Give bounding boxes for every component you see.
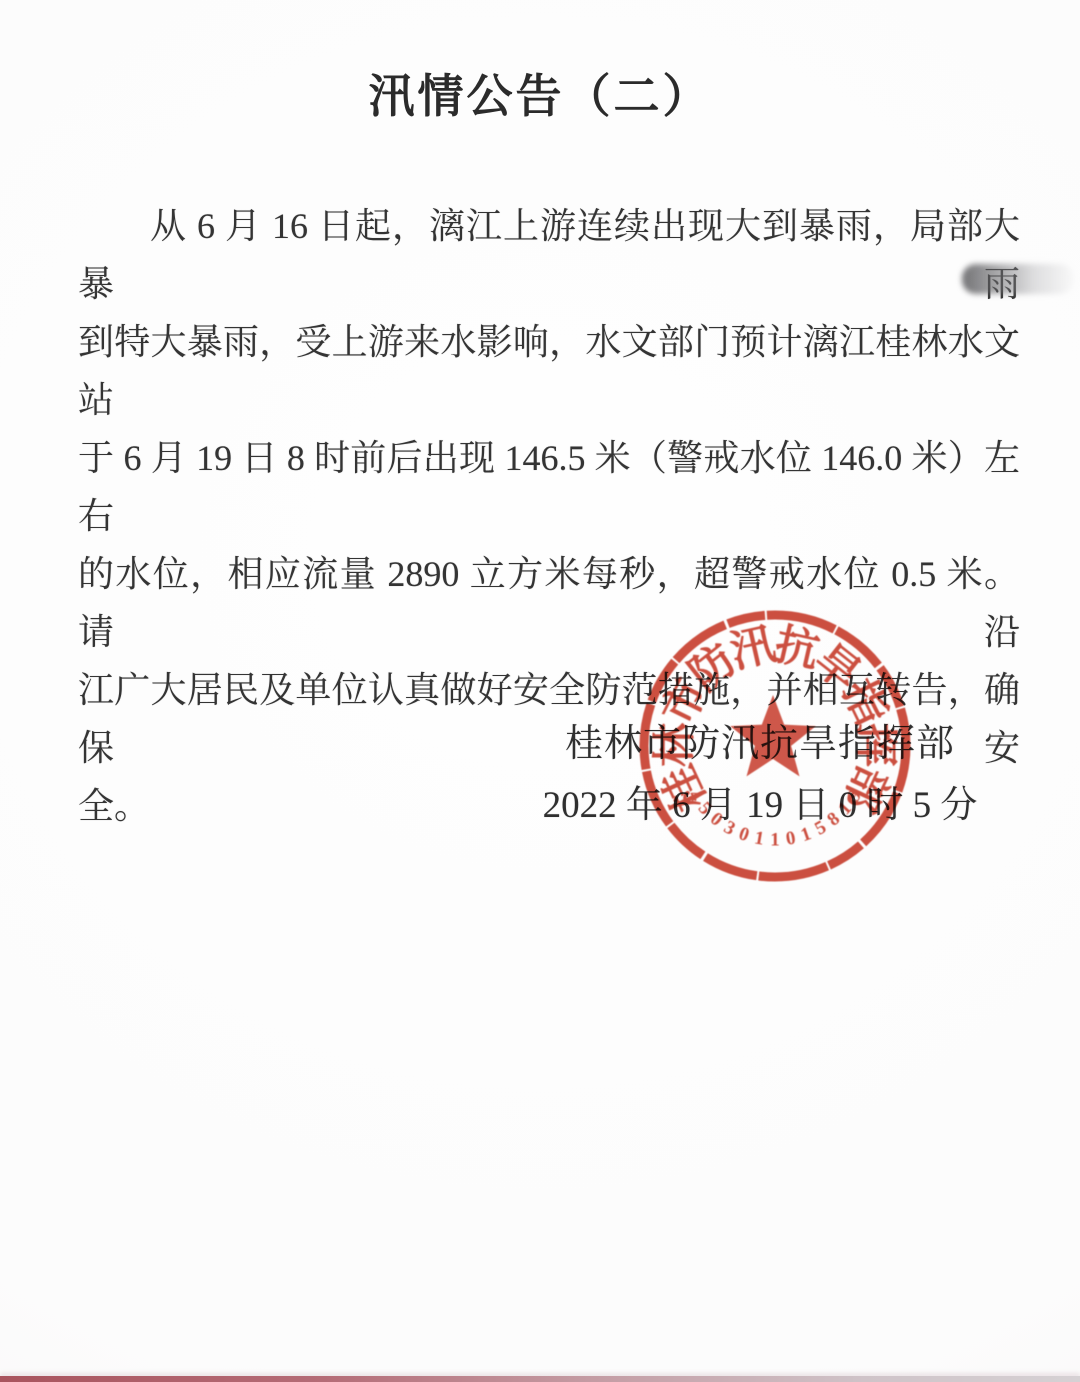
body-line: 到特大暴雨，受上游来水影响，水文部门预计漓江桂林水文站 bbox=[78, 313, 1020, 429]
svg-text:1: 1 bbox=[753, 828, 766, 850]
svg-text:0: 0 bbox=[736, 823, 752, 846]
scan-smudge-artifact bbox=[962, 264, 1074, 294]
body-line: 于 6 月 19 日 8 时前后出现 146.5 米（警戒水位 146.0 米）… bbox=[78, 429, 1020, 545]
seal-star-icon bbox=[730, 695, 816, 776]
svg-text:汛: 汛 bbox=[726, 620, 780, 678]
document-page: 汛情公告（二） 从 6 月 16 日起，漓江上游连续出现大到暴雨，局部大暴雨 到… bbox=[0, 0, 1080, 1382]
svg-text:1: 1 bbox=[770, 830, 780, 851]
official-seal: 桂林市防汛抗旱指挥部 4503011015819 bbox=[625, 596, 925, 896]
svg-text:3: 3 bbox=[720, 817, 738, 840]
page-bottom-edge bbox=[0, 1376, 1080, 1382]
document-title: 汛情公告（二） bbox=[0, 60, 1080, 126]
svg-text:0: 0 bbox=[784, 828, 797, 850]
svg-text:1: 1 bbox=[798, 823, 814, 846]
body-line: 从 6 月 16 日起，漓江上游连续出现大到暴雨，局部大暴雨 bbox=[78, 197, 1020, 313]
